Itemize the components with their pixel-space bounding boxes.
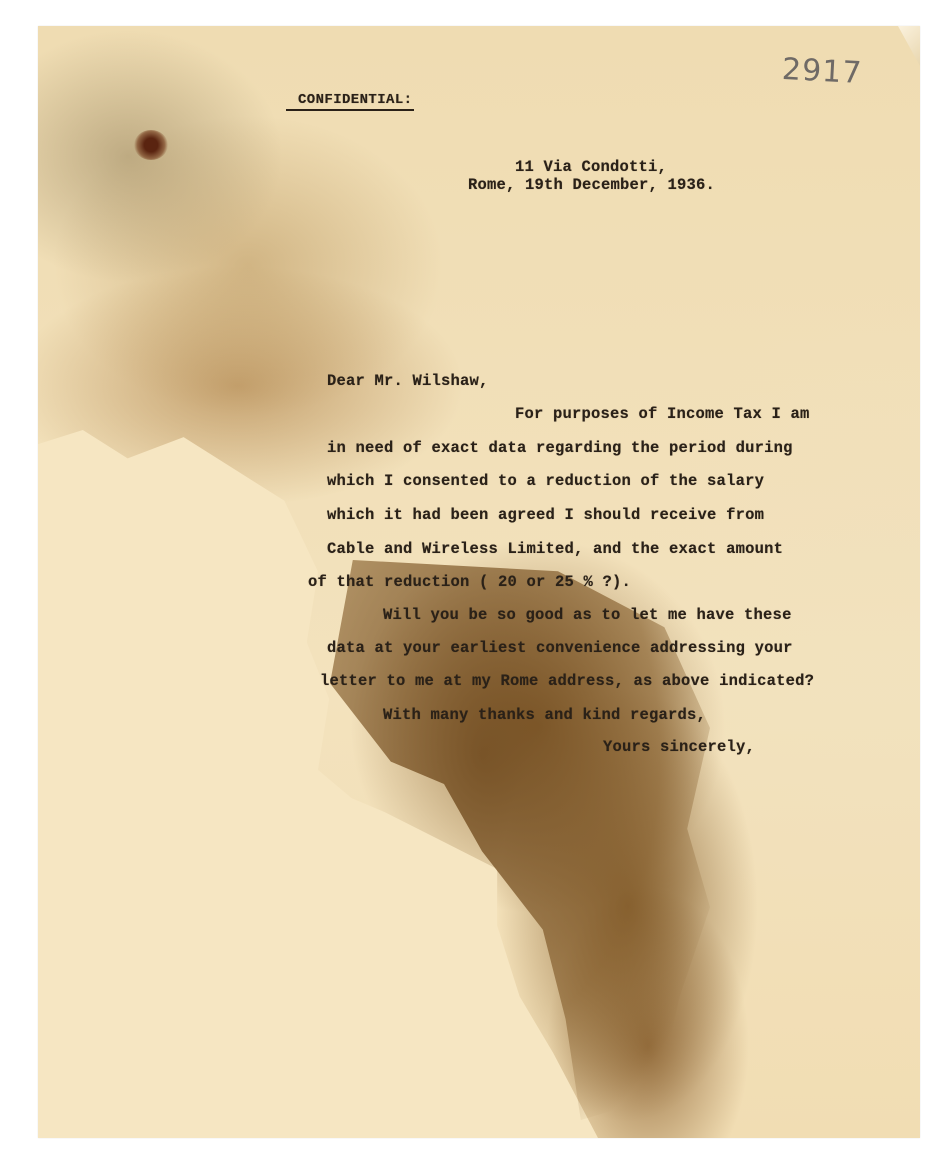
body-line: in need of exact data regarding the peri… (327, 439, 793, 457)
body-line: With many thanks and kind regards, (383, 706, 706, 724)
body-line: data at your earliest convenience addres… (327, 639, 793, 657)
closing: Yours sincerely, (603, 738, 755, 756)
body-line: which I consented to a reduction of the … (327, 472, 764, 490)
body-line: Cable and Wireless Limited, and the exac… (327, 540, 783, 558)
body-line: Will you be so good as to let me have th… (383, 606, 792, 624)
confidential-heading: CONFIDENTIAL: (298, 92, 412, 111)
body-line: which it had been agreed I should receiv… (327, 506, 764, 524)
archive-number: 2917 (781, 52, 863, 91)
body-line: of that reduction ( 20 or 25 % ?). (308, 573, 631, 591)
body-line: letter to me at my Rome address, as abov… (320, 672, 814, 690)
address-street: 11 Via Condotti, (515, 158, 667, 176)
salutation: Dear Mr. Wilshaw, (327, 372, 489, 390)
address-city-date: Rome, 19th December, 1936. (468, 176, 715, 194)
body-line: For purposes of Income Tax I am (515, 405, 810, 423)
ink-spot (134, 130, 168, 160)
